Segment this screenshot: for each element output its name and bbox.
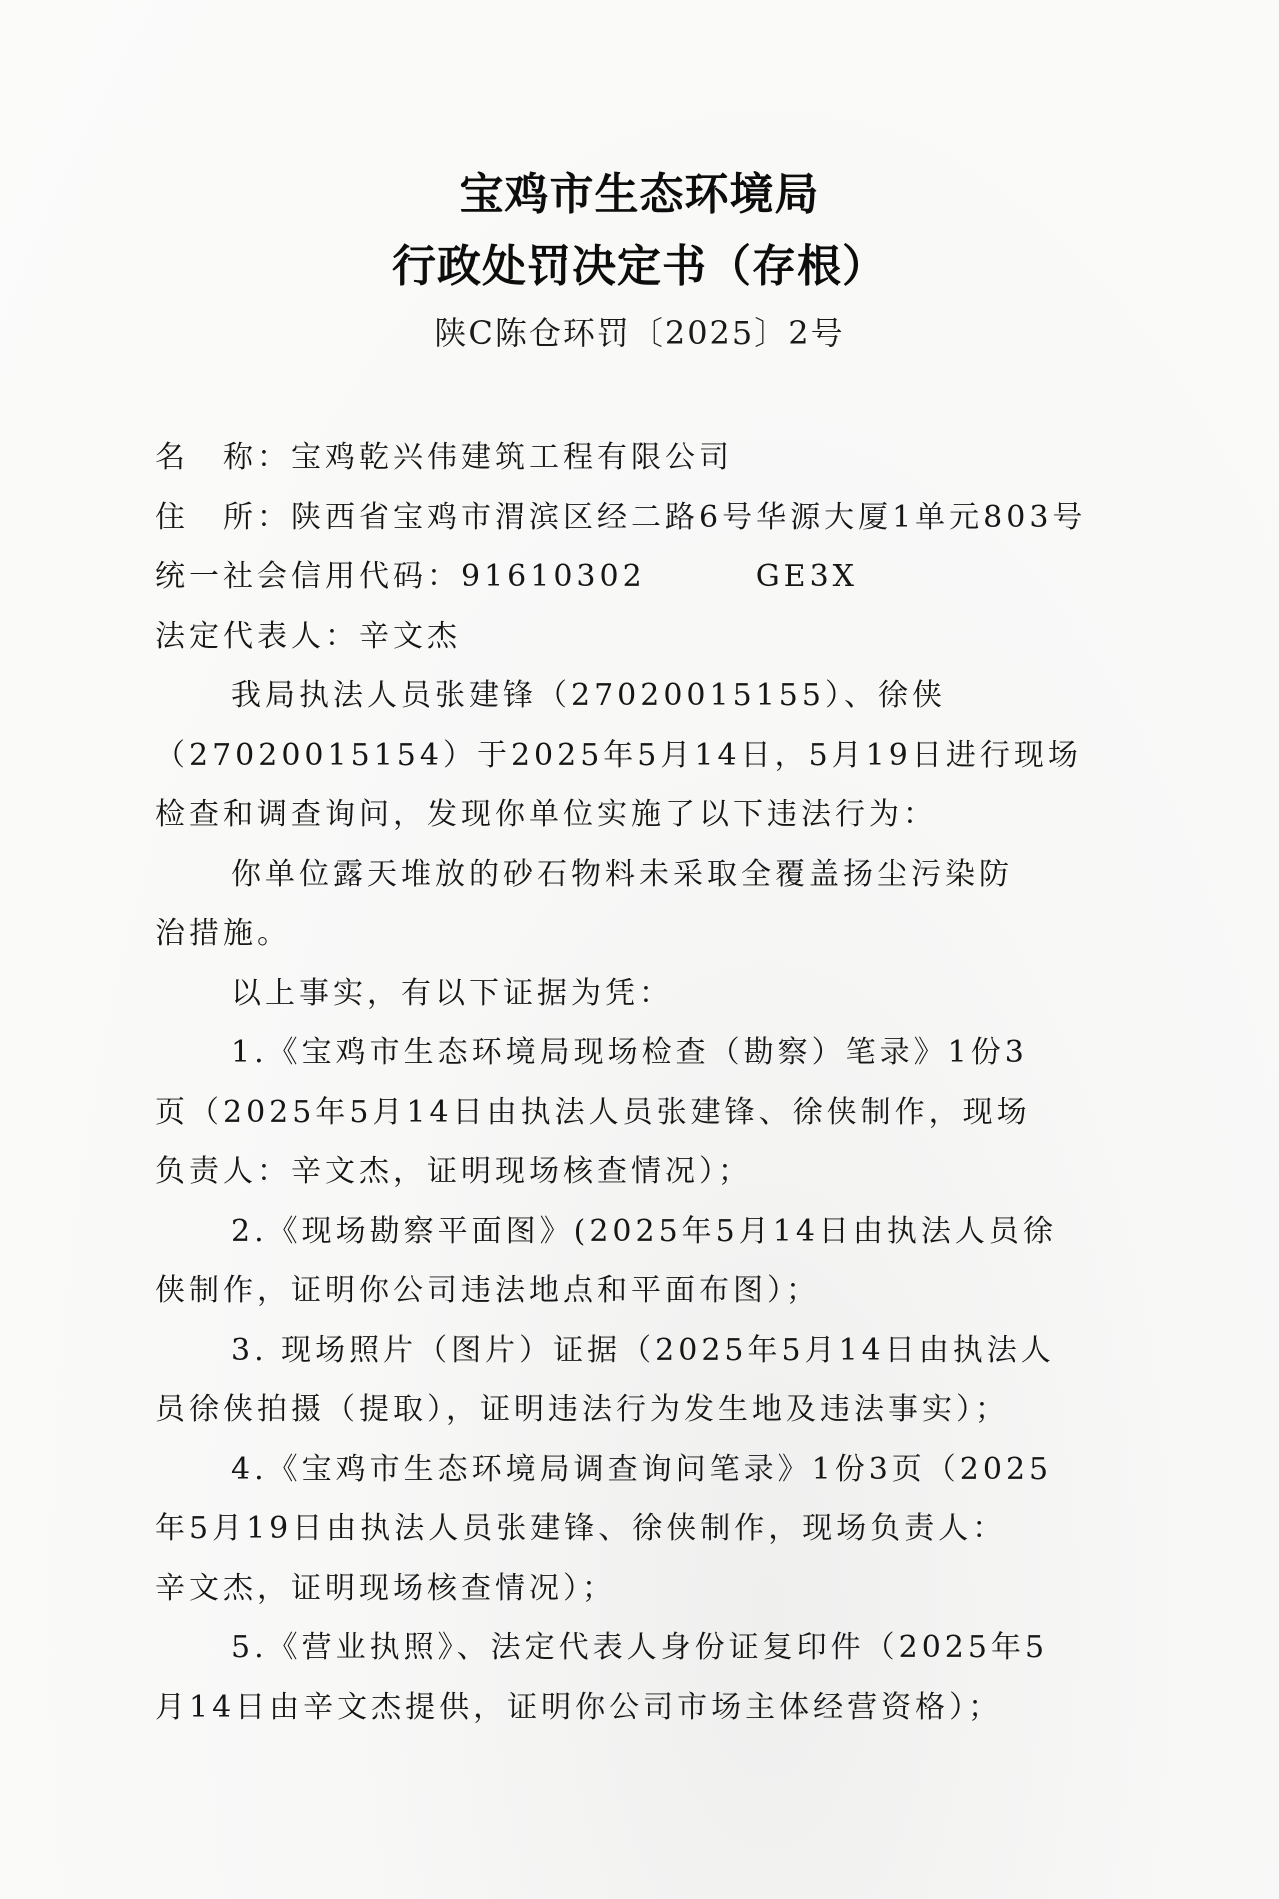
document-body: 名 称：宝鸡乾兴伟建筑工程有限公司 住 所：陕西省宝鸡市渭滨区经二路6号华源大厦…: [155, 428, 1110, 1737]
evidence-item-3: 3. 现场照片（图片）证据（2025年5月14日由执法人: [155, 1321, 1110, 1381]
credit-code-part2: GE3X: [756, 559, 858, 594]
party-name-value: 宝鸡乾兴伟建筑工程有限公司: [291, 440, 733, 475]
evidence-item-4: 4.《宝鸡市生态环境局调查询问笔录》1份3页（2025: [155, 1440, 1110, 1500]
document-number: 陕C陈仓环罚〔2025〕2号: [0, 308, 1279, 354]
paragraph-line: 我局执法人员张建锋（27020015155）、徐侠: [155, 666, 1110, 726]
legal-rep-row: 法定代表人：辛文杰: [155, 607, 1110, 667]
evidence-item-5-cont: 月14日由辛文杰提供，证明你公司市场主体经营资格）；: [155, 1678, 1110, 1738]
party-name-label: 名 称：: [155, 440, 291, 475]
issuer-title: 宝鸡市生态环境局: [0, 158, 1279, 222]
credit-code-row: 统一社会信用代码：91610302GE3X: [155, 547, 1110, 607]
legal-rep-label: 法定代表人：: [155, 619, 359, 654]
violation-line: 你单位露天堆放的砂石物料未采取全覆盖扬尘污染防: [155, 845, 1110, 905]
party-address-value: 陕西省宝鸡市渭滨区经二路6号华源大厦1单元803号: [291, 500, 1086, 535]
legal-rep-value: 辛文杰: [359, 619, 461, 654]
credit-code-part1: 91610302: [461, 559, 646, 594]
evidence-item-2-cont: 侠制作，证明你公司违法地点和平面布图）；: [155, 1261, 1110, 1321]
evidence-intro: 以上事实，有以下证据为凭：: [155, 964, 1110, 1024]
evidence-item-1: 1.《宝鸡市生态环境局现场检查（勘察）笔录》1份3: [155, 1023, 1110, 1083]
evidence-item-5: 5.《营业执照》、法定代表人身份证复印件（2025年5: [155, 1618, 1110, 1678]
party-address-row: 住 所：陕西省宝鸡市渭滨区经二路6号华源大厦1单元803号: [155, 488, 1110, 548]
paragraph-line: （27020015154）于2025年5月14日，5月19日进行现场: [155, 726, 1110, 786]
evidence-item-2: 2.《现场勘察平面图》(2025年5月14日由执法人员徐: [155, 1202, 1110, 1262]
violation-line: 治措施。: [155, 904, 1110, 964]
document-title: 行政处罚决定书（存根）: [0, 230, 1279, 294]
evidence-item-1-cont: 负责人：辛文杰，证明现场核查情况）；: [155, 1142, 1110, 1202]
evidence-item-4-cont: 年5月19日由执法人员张建锋、徐侠制作，现场负责人：: [155, 1499, 1110, 1559]
party-address-label: 住 所：: [155, 500, 291, 535]
evidence-item-4-cont: 辛文杰，证明现场核查情况）；: [155, 1559, 1110, 1619]
paragraph-line: 检查和调查询问，发现你单位实施了以下违法行为：: [155, 785, 1110, 845]
credit-code-label: 统一社会信用代码：: [155, 559, 461, 594]
evidence-item-3-cont: 员徐侠拍摄（提取），证明违法行为发生地及违法事实）；: [155, 1380, 1110, 1440]
evidence-item-1-cont: 页（2025年5月14日由执法人员张建锋、徐侠制作，现场: [155, 1083, 1110, 1143]
document-page: 宝鸡市生态环境局 行政处罚决定书（存根） 陕C陈仓环罚〔2025〕2号 名 称：…: [0, 0, 1279, 1899]
party-name-row: 名 称：宝鸡乾兴伟建筑工程有限公司: [155, 428, 1110, 488]
